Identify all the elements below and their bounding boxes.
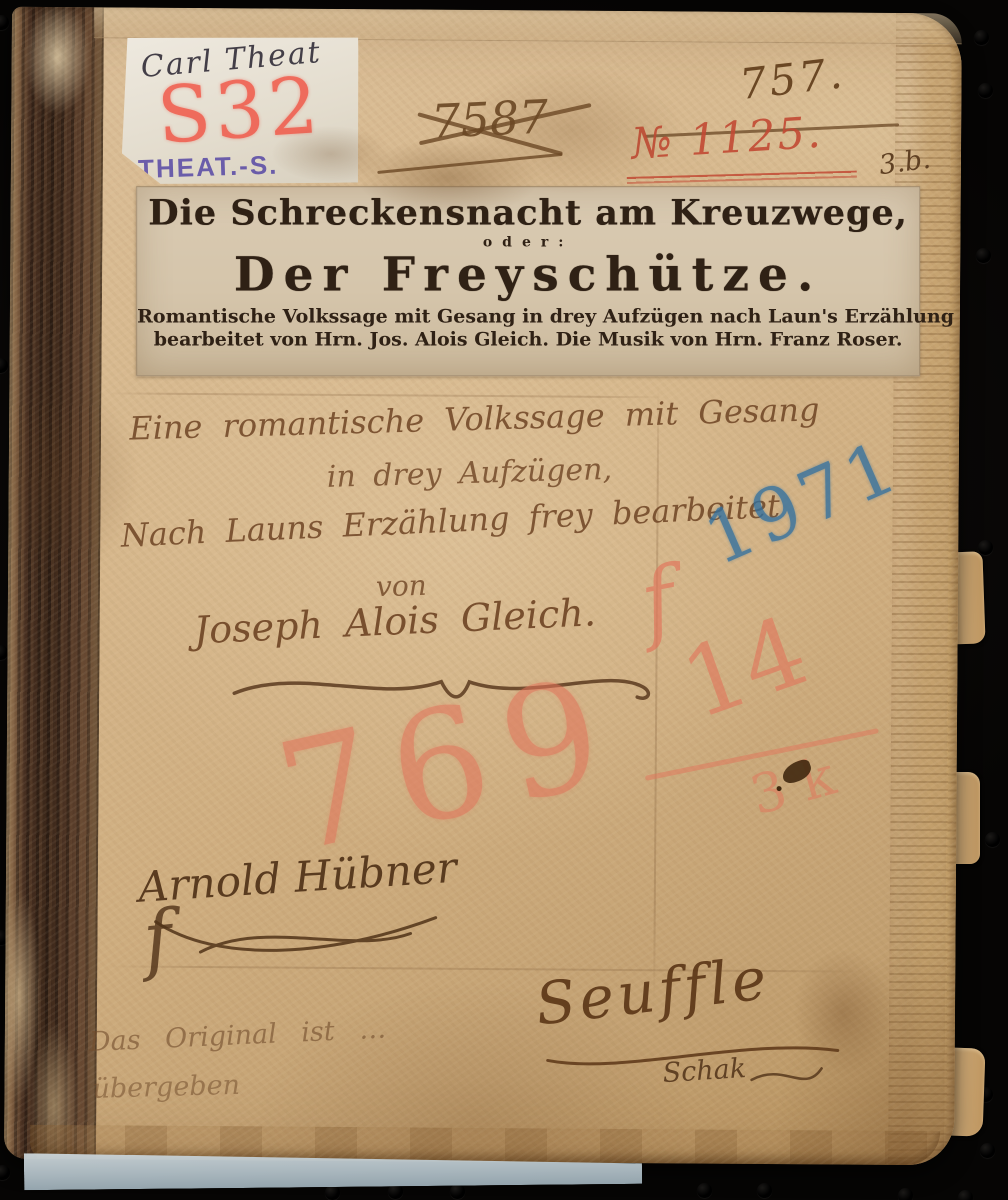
perforation-hole (958, 1190, 973, 1200)
title-line: Die Schreckensnacht am Kreuzwege, (137, 192, 919, 233)
perforation-hole (985, 832, 1000, 847)
paper-texture (4, 7, 962, 1166)
manuscript-line-5: Joseph Alois Gleich. (193, 590, 597, 652)
underline-stroke (627, 171, 857, 184)
censor-signature: Seuffle (532, 944, 773, 1039)
perforation-hole (974, 30, 989, 45)
library-stamp: THEAT.-S. (138, 150, 279, 185)
description-line-1: Romantische Volkssage mit Gesang in drey… (137, 306, 919, 329)
shelf-label: Carl Theat S32 THEAT.-S. (120, 35, 360, 186)
manuscript-line-3: Nach Launs Erzählung frey bearbeitet (120, 487, 781, 555)
blue-crayon-number: 1971 (692, 423, 912, 581)
perforation-hole (325, 1185, 340, 1200)
photograph: Carl Theat S32 THEAT.-S. 757. № 1125. 3.… (0, 0, 1008, 1200)
secondary-signature-flourish (746, 1058, 826, 1099)
main-title: Der Freyschütze. (137, 250, 919, 299)
stains-overlay (4, 7, 962, 1166)
spine (4, 7, 104, 1160)
ink-blot (777, 786, 782, 791)
signature-flourish (145, 904, 445, 966)
secondary-signature: Schak (662, 1053, 747, 1089)
transfer-note-line-1: Das Original ist … (88, 1014, 387, 1058)
perforation-hole (0, 1165, 10, 1180)
perforation-hole (450, 1184, 465, 1199)
perforation-hole (697, 1183, 712, 1198)
transfer-note-line-2: übergeben (92, 1070, 240, 1105)
strike-stroke (377, 153, 562, 174)
book-cover: Carl Theat S32 THEAT.-S. 757. № 1125. 3.… (4, 7, 962, 1166)
red-crayon-14: 14 (668, 595, 821, 741)
manuscript-line-1: Eine romantische Volkssage mit Gesang (129, 390, 820, 447)
shelfmark: S32 (155, 61, 325, 162)
owner-signature: Arnold Hübner (137, 843, 458, 912)
perforation-hole (898, 1188, 913, 1200)
perforation-hole (976, 248, 991, 263)
perforation-hole (0, 15, 9, 30)
manuscript-line-2: in drey Aufzügen, (326, 452, 612, 495)
perforation-hole (757, 1183, 772, 1198)
perforation-hole (978, 83, 993, 98)
perforation-hole (980, 1143, 995, 1158)
perforation-hole (978, 540, 993, 555)
archive-number-top: 757. (737, 48, 847, 109)
description-line-2: bearbeitet von Hrn. Jos. Alois Gleich. D… (137, 328, 919, 351)
perforation-hole (0, 358, 8, 373)
printed-title-label: Die Schreckensnacht am Kreuzwege, oder: … (136, 186, 920, 376)
inventory-number-red: № 1125. (630, 108, 824, 170)
